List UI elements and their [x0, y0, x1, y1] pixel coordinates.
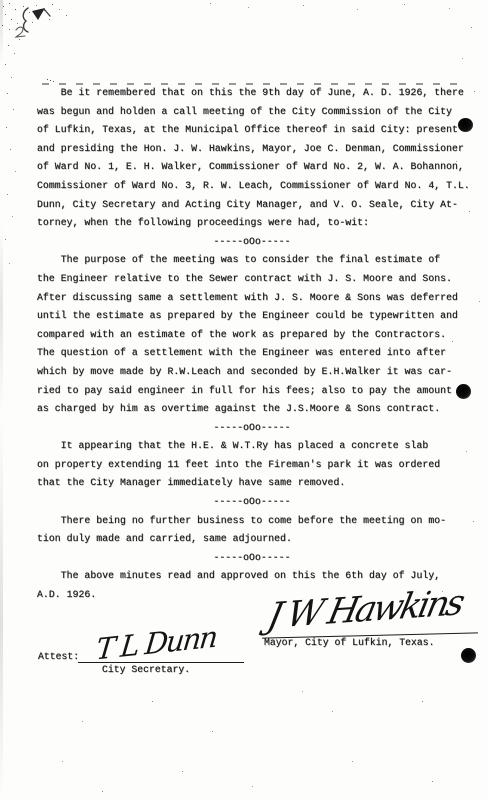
document-line: compared with an estimate of the work as… — [37, 326, 467, 345]
document-body: Be it remembered that on this the 9th da… — [37, 84, 467, 605]
document-line: There being no further business to come … — [37, 512, 467, 531]
document-line: ried to pay said engineer in full for hi… — [37, 382, 467, 401]
secretary-signature: T L Dunn — [95, 619, 218, 666]
document-line: The question of a settlement with the En… — [37, 344, 467, 363]
mayor-title: Mayor, City of Lufkin, Texas. — [264, 637, 435, 648]
document-line: which by move made by R.W.Leach and seco… — [37, 363, 467, 382]
section-separator: -----oOo----- — [37, 493, 467, 512]
document-line: on property extending 11 feet into the F… — [37, 456, 467, 475]
document-line: After discussing same a settlement with … — [37, 289, 467, 308]
document-line: It appearing that the H.E. & W.T.Ry has … — [37, 437, 467, 456]
scan-edge-smudge — [0, 0, 3, 800]
secretary-title: City Secretary. — [102, 664, 190, 675]
document-line: The above minutes read and approved on t… — [37, 567, 467, 586]
document-line: until the estimate as prepared by the En… — [37, 307, 467, 326]
document-line: of Ward No. 1, E. H. Walker, Commissione… — [37, 158, 467, 177]
pencil-scribble — [12, 3, 56, 45]
document-line: Dunn, City Secretary and Acting City Man… — [37, 196, 467, 215]
document-line: that the City Manager immediately have s… — [37, 474, 467, 493]
document-line: the Engineer relative to the Sewer contr… — [37, 270, 467, 289]
document-line: Be it remembered that on this the 9th da… — [37, 84, 467, 103]
section-separator: -----oOo----- — [37, 233, 467, 252]
document-line: tion duly made and carried, same adjourn… — [37, 530, 467, 549]
document-line: Commissioner of Ward No. 3, R. W. Leach,… — [37, 177, 467, 196]
scanned-document-page: Be it remembered that on this the 9th da… — [0, 0, 488, 800]
document-line: as charged by him as overtime against th… — [37, 400, 467, 419]
document-line: was begun and holden a call meeting of t… — [37, 103, 467, 122]
document-line: torney, when the following proceedings w… — [37, 214, 467, 233]
section-separator: -----oOo----- — [37, 419, 467, 438]
ink-blob — [461, 648, 476, 663]
document-line: of Lufkin, Texas, at the Municipal Offic… — [37, 121, 467, 140]
attest-label: Attest: — [38, 651, 79, 662]
scan-noise-speckles — [0, 0, 1, 1]
document-line: The purpose of the meeting was to consid… — [37, 251, 467, 270]
section-separator: -----oOo----- — [37, 549, 467, 568]
secretary-signature-line — [78, 662, 244, 663]
document-line: and presiding the Hon. J. W. Hawkins, Ma… — [37, 140, 467, 159]
